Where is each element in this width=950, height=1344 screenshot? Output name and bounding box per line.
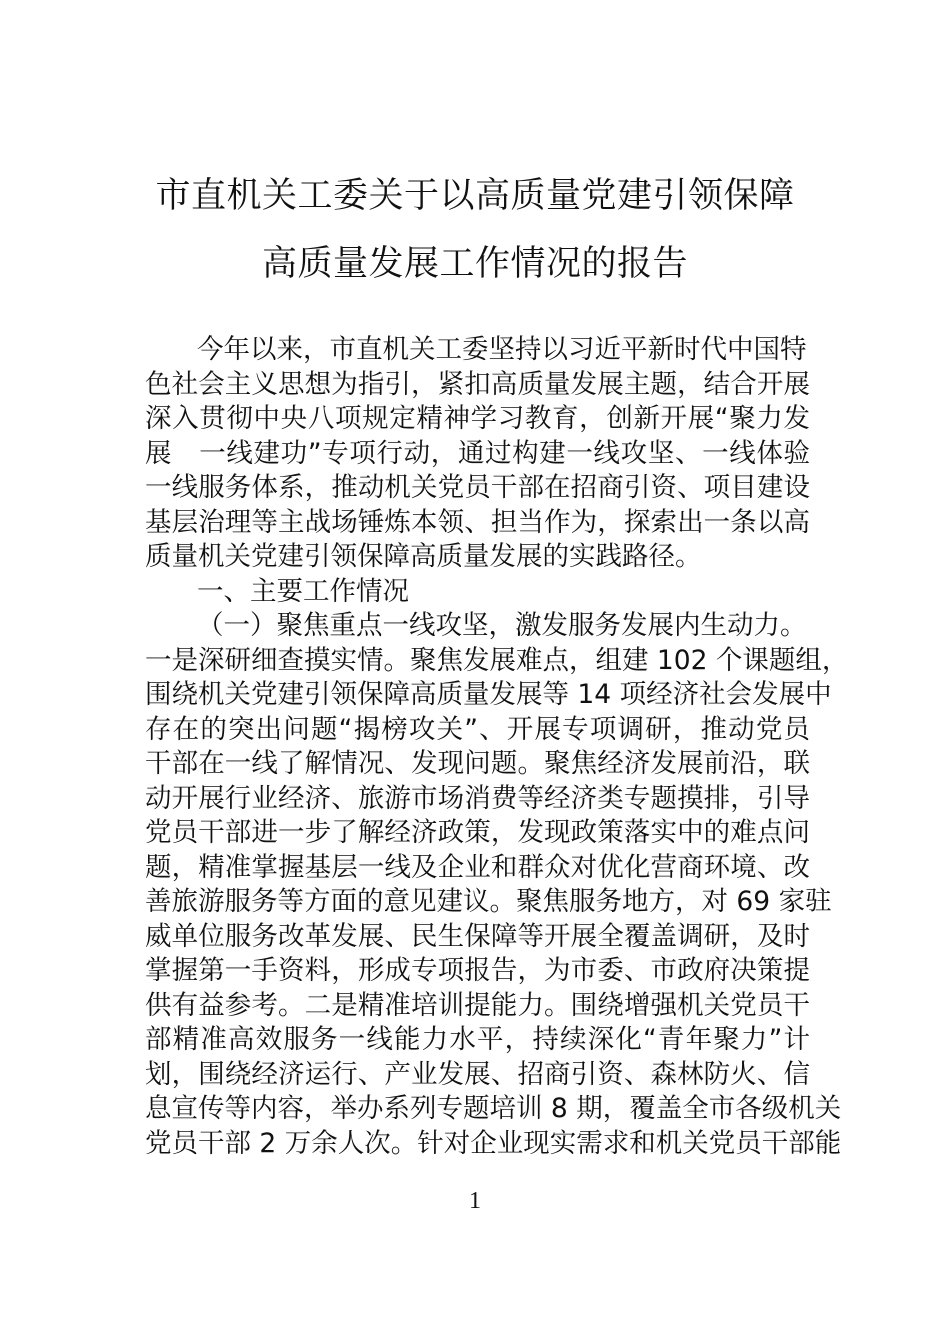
subsection-heading: （一）聚焦重点一线攻坚，激发服务发展内生动力。 [145,609,810,644]
paragraph-line: 威单位服务改革发展、民生保障等开展全覆盖调研，及时 [145,920,810,955]
document-title-line-1: 市直机关工委关于以高质量党建引领保障 [0,176,950,216]
document-title-line-2: 高质量发展工作情况的报告 [0,244,950,284]
paragraph-line: 部精准高效服务一线能力水平，持续深化“青年聚力”计 [145,1023,810,1058]
document-page: 市直机关工委关于以高质量党建引领保障 高质量发展工作情况的报告 今年以来，市直机… [0,0,950,1344]
paragraph-line: 供有益参考。二是精准培训提能力。围绕增强机关党员干 [145,989,810,1024]
paragraph-line: 党员干部 2 万余人次。针对企业现实需求和机关党员干部能 [145,1127,810,1162]
paragraph-line: 一线服务体系，推动机关党员干部在招商引资、项目建设 [145,471,810,506]
paragraph-line: 今年以来，市直机关工委坚持以习近平新时代中国特 [145,333,810,368]
paragraph-line: 题，精准掌握基层一线及企业和群众对优化营商环境、改 [145,851,810,886]
section-heading: 一、主要工作情况 [145,575,810,610]
paragraph-line: 色社会主义思想为指引，紧扣高质量发展主题，结合开展 [145,368,810,403]
paragraph-line: 掌握第一手资料，形成专项报告，为市委、市政府决策提 [145,954,810,989]
paragraph-line: 划，围绕经济运行、产业发展、招商引资、森林防火、信 [145,1058,810,1093]
paragraph-line: 善旅游服务等方面的意见建议。聚焦服务地方，对 69 家驻 [145,885,810,920]
paragraph-line: 质量机关党建引领保障高质量发展的实践路径。 [145,540,810,575]
paragraph-line: 干部在一线了解情况、发现问题。聚焦经济发展前沿，联 [145,747,810,782]
paragraph-line: 一是深研细查摸实情。聚焦发展难点，组建 102 个课题组， [145,644,810,679]
paragraph-line: 深入贯彻中央八项规定精神学习教育，创新开展“聚力发 [145,402,810,437]
paragraph-line: 围绕机关党建引领保障高质量发展等 14 项经济社会发展中 [145,678,810,713]
paragraph-line: 息宣传等内容，举办系列专题培训 8 期，覆盖全市各级机关 [145,1092,810,1127]
paragraph-line: 动开展行业经济、旅游市场消费等经济类专题摸排，引导 [145,782,810,817]
paragraph-line: 党员干部进一步了解经济政策，发现政策落实中的难点问 [145,816,810,851]
paragraph-line: 展 一线建功”专项行动，通过构建一线攻坚、一线体验 [145,437,810,472]
paragraph-line: 基层治理等主战场锤炼本领、担当作为，探索出一条以高 [145,506,810,541]
page-number: 1 [0,1188,950,1215]
document-body: 今年以来，市直机关工委坚持以习近平新时代中国特 色社会主义思想为指引，紧扣高质量… [145,333,810,1161]
paragraph-line: 存在的突出问题“揭榜攻关”、开展专项调研，推动党员 [145,713,810,748]
